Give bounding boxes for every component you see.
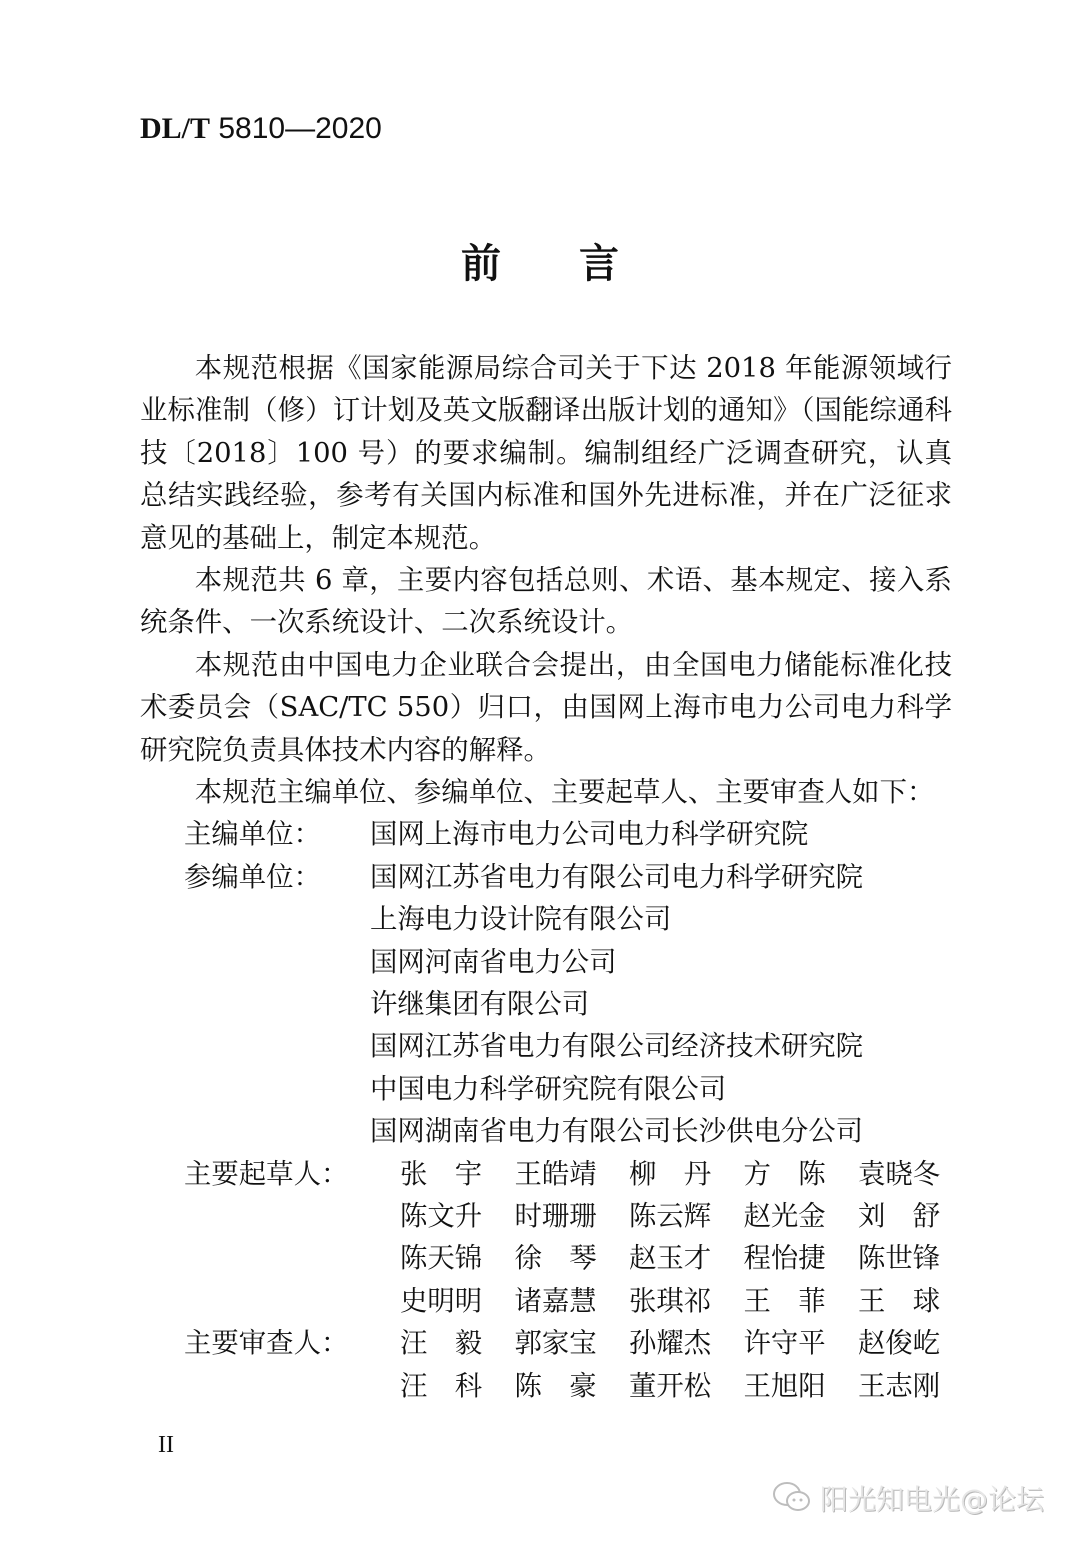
drafter-name: 史明明 — [400, 1281, 515, 1323]
chief-editor-row: 主编单位： 国网上海市电力公司电力科学研究院 — [140, 814, 952, 856]
drafters-row: 陈文升 时珊珊 陈云辉 赵光金 刘 舒 — [140, 1196, 952, 1238]
reviewer-name: 汪 毅 — [400, 1323, 515, 1365]
standard-number: 5810—2020 — [210, 112, 382, 145]
reviewer-name: 陈 豪 — [515, 1366, 630, 1408]
drafter-name: 徐 琴 — [515, 1238, 630, 1280]
drafters-row: 史明明 诸嘉慧 张琪祁 王 菲 王 球 — [140, 1281, 952, 1323]
drafter-name: 陈天锦 — [400, 1238, 515, 1280]
chief-editor-label: 主编单位： — [140, 814, 370, 856]
reviewers-label: 主要审查人： — [140, 1323, 400, 1365]
drafter-name: 张琪祁 — [629, 1281, 744, 1323]
drafter-name: 程怡捷 — [744, 1238, 859, 1280]
participating-unit: 许继集团有限公司 — [370, 984, 589, 1026]
reviewer-name: 汪 科 — [400, 1366, 515, 1408]
title-char-2: 言 — [579, 232, 619, 289]
reviewer-name: 赵俊屹 — [858, 1323, 973, 1365]
watermark-text: 阳光知电光@论坛 — [820, 1478, 1044, 1518]
drafter-name: 张 宇 — [400, 1154, 515, 1196]
drafter-name: 刘 舒 — [858, 1196, 973, 1238]
page-title: 前言 — [0, 232, 1080, 289]
drafter-name: 赵光金 — [744, 1196, 859, 1238]
reviewer-name: 郭家宝 — [515, 1323, 630, 1365]
chief-editor-unit: 国网上海市电力公司电力科学研究院 — [370, 814, 808, 856]
preface-body: 本规范根据《国家能源局综合司关于下达 2018 年能源领域行业标准制（修）订计划… — [140, 348, 952, 1408]
reviewer-name: 董开松 — [629, 1366, 744, 1408]
drafter-name: 王皓靖 — [515, 1154, 630, 1196]
participating-row: 国网河南省电力公司 — [140, 942, 952, 984]
page-number: II — [158, 1432, 174, 1459]
drafter-name: 王 球 — [858, 1281, 973, 1323]
reviewers-row: 汪 科 陈 豪 董开松 王旭阳 王志刚 — [140, 1366, 952, 1408]
participating-row: 参编单位： 国网江苏省电力有限公司电力科学研究院 — [140, 857, 952, 899]
participating-row: 中国电力科学研究院有限公司 — [140, 1069, 952, 1111]
paragraph-contributors-intro: 本规范主编单位、参编单位、主要起草人、主要审查人如下： — [140, 772, 952, 814]
drafter-name: 王 菲 — [744, 1281, 859, 1323]
participating-row: 国网湖南省电力有限公司长沙供电分公司 — [140, 1111, 952, 1153]
drafter-name: 诸嘉慧 — [515, 1281, 630, 1323]
participating-row: 国网江苏省电力有限公司经济技术研究院 — [140, 1026, 952, 1068]
drafters-row: 主要起草人： 张 宇 王皓靖 柳 丹 方 陈 袁晓冬 — [140, 1154, 952, 1196]
wechat-icon — [772, 1481, 812, 1515]
drafter-name: 袁晓冬 — [858, 1154, 973, 1196]
drafter-name: 柳 丹 — [629, 1154, 744, 1196]
drafter-name: 陈文升 — [400, 1196, 515, 1238]
reviewers-row: 主要审查人： 汪 毅 郭家宝 孙耀杰 许守平 赵俊屹 — [140, 1323, 952, 1365]
watermark: 阳光知电光@论坛 — [772, 1478, 1044, 1518]
paragraph-contents: 本规范共 6 章，主要内容包括总则、术语、基本规定、接入系统条件、一次系统设计、… — [140, 560, 952, 645]
drafter-name: 时珊珊 — [515, 1196, 630, 1238]
title-char-1: 前 — [461, 232, 501, 289]
drafter-name: 赵玉才 — [629, 1238, 744, 1280]
participating-unit: 国网河南省电力公司 — [370, 942, 617, 984]
participating-row: 许继集团有限公司 — [140, 984, 952, 1026]
reviewer-name: 许守平 — [744, 1323, 859, 1365]
participating-unit: 国网江苏省电力有限公司经济技术研究院 — [370, 1026, 863, 1068]
participating-unit: 国网湖南省电力有限公司长沙供电分公司 — [370, 1111, 863, 1153]
reviewer-name: 孙耀杰 — [629, 1323, 744, 1365]
drafter-name: 陈世锋 — [858, 1238, 973, 1280]
participating-label: 参编单位： — [140, 857, 370, 899]
drafter-name: 陈云辉 — [629, 1196, 744, 1238]
drafters-label: 主要起草人： — [140, 1154, 400, 1196]
reviewer-name: 王志刚 — [858, 1366, 973, 1408]
participating-row: 上海电力设计院有限公司 — [140, 899, 952, 941]
participating-unit: 上海电力设计院有限公司 — [370, 899, 671, 941]
drafter-name: 方 陈 — [744, 1154, 859, 1196]
drafters-row: 陈天锦 徐 琴 赵玉才 程怡捷 陈世锋 — [140, 1238, 952, 1280]
standard-prefix: DL/T — [140, 112, 210, 145]
participating-unit: 国网江苏省电力有限公司电力科学研究院 — [370, 857, 863, 899]
paragraph-management: 本规范由中国电力企业联合会提出，由全国电力储能标准化技术委员会（SAC/TC 5… — [140, 645, 952, 772]
reviewer-name: 王旭阳 — [744, 1366, 859, 1408]
paragraph-basis: 本规范根据《国家能源局综合司关于下达 2018 年能源领域行业标准制（修）订计划… — [140, 348, 952, 560]
participating-unit: 中国电力科学研究院有限公司 — [370, 1069, 726, 1111]
standard-code: DL/T 5810—2020 — [140, 112, 382, 146]
